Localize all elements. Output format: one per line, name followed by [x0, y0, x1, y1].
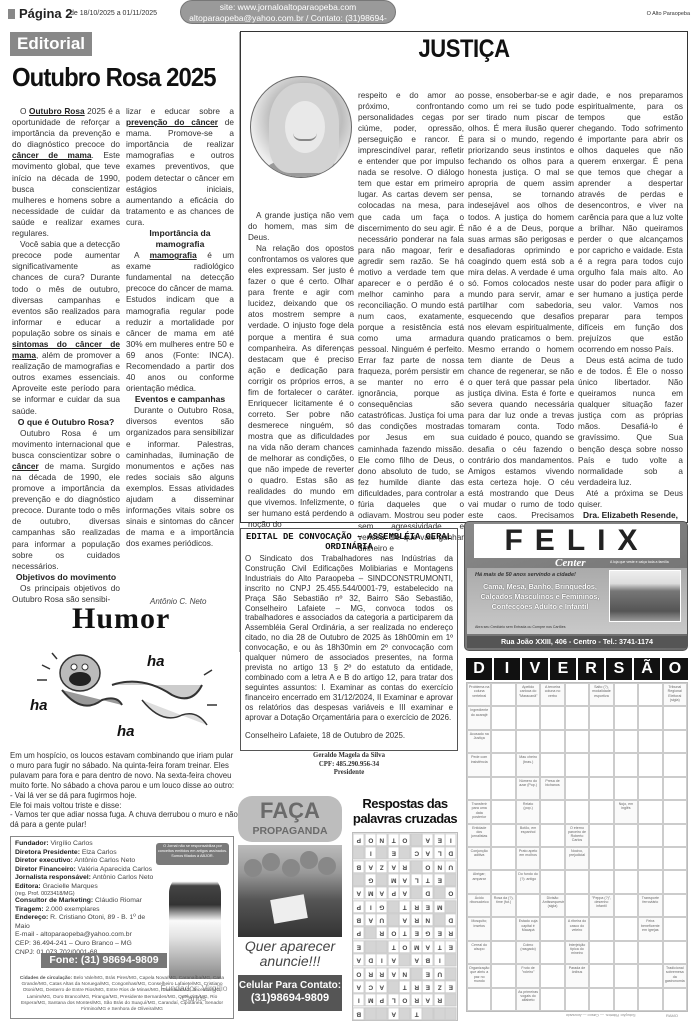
answer-input-cell[interactable] [565, 683, 589, 706]
site-link[interactable]: site: www.jornaloaltoparaopeba.com [181, 2, 395, 13]
answer-input-cell[interactable] [540, 988, 564, 1011]
answer-input-cell[interactable] [614, 706, 638, 729]
answer-cell: G [376, 900, 388, 913]
clue-cell: Conjunção aditiva [467, 847, 491, 870]
answer-input-cell[interactable] [638, 824, 662, 847]
answer-cell: P [376, 993, 388, 1006]
clue-cell: Nojo, em inglês [614, 800, 638, 823]
masthead-row: Consultor de Marketing: Cláudio Riomar [15, 897, 157, 906]
title-letter: R [578, 658, 604, 680]
edital-notice: EDITAL DE CONVOCAÇÃO – ASSEMBLÉIA GERAL … [240, 528, 458, 751]
clue-cell: Abrigar; amparar [467, 870, 491, 893]
answer-cell: U [376, 913, 388, 926]
answer-input-cell[interactable] [638, 941, 662, 964]
paragraph: A mamografia é um exame radiológico fund… [126, 250, 234, 394]
answer-cell: L [388, 993, 400, 1006]
answer-cell: A [353, 980, 365, 993]
answer-input-cell[interactable] [638, 753, 662, 776]
readers-photo [238, 845, 342, 937]
paragraph: Outubro Rosa é um movimento internaciona… [12, 428, 120, 572]
answer-input-cell[interactable] [614, 824, 638, 847]
masthead-box: Fundador: Virgílio Carlos Diretora Presi… [10, 836, 234, 1019]
answer-cell: G [365, 873, 377, 886]
answer-cell: I [365, 900, 377, 913]
advertise-banner: FAÇA PROPAGANDA [238, 796, 342, 842]
answer-input-cell[interactable] [516, 730, 540, 753]
answer-cell: M [411, 940, 423, 953]
answer-cell: A [376, 886, 388, 899]
joke-text: Em um hospício, os loucos estavam combin… [10, 751, 238, 830]
answer-cell: A [388, 860, 400, 873]
answer-input-cell[interactable] [491, 917, 515, 940]
answer-input-cell[interactable] [614, 683, 638, 706]
advertise-title: FAÇA [238, 796, 342, 824]
masthead-row: Tiragem: 2.000 exemplares [15, 906, 157, 915]
answer-input-cell[interactable] [491, 730, 515, 753]
clue-cell: Prato apelo em molhos [516, 847, 540, 870]
answer-cell: M [388, 873, 400, 886]
clue-cell: Salto (?), modalidade esportiva [589, 683, 613, 706]
answer-cell [353, 873, 365, 886]
answer-cell: E [353, 940, 365, 953]
answer-cell: A [422, 993, 434, 1006]
article-column-2: respeito e do amor ao próximo, confronta… [358, 90, 464, 554]
contact-label: Celular Para Contato: [238, 979, 342, 992]
clue-cell: Organização que abriu a paz no mundo [467, 964, 491, 987]
felix-ad-body: Há mais de 50 anos servindo a cidade! Ca… [467, 568, 687, 634]
answer-cell: A [365, 913, 377, 926]
diversao-title: D I V E R S Ã O [466, 658, 688, 680]
crossword-puzzle-grid[interactable]: Problema na coluna vertebralApelido cari… [466, 682, 688, 1012]
clue-cell: Presa de bichanos [540, 777, 564, 800]
laugh-text: ha [117, 723, 135, 740]
newspaper [270, 894, 308, 924]
answer-input-cell[interactable] [516, 894, 540, 917]
answer-cell [411, 886, 423, 899]
answer-input-cell[interactable] [491, 683, 515, 706]
felix-slogan: A loja que veste e calça toda a família [610, 560, 669, 564]
answer-input-cell[interactable] [638, 988, 662, 1011]
answer-cell: O [388, 926, 400, 939]
answer-input-cell[interactable] [491, 824, 515, 847]
answer-input-cell[interactable] [491, 706, 515, 729]
answer-input-cell[interactable] [638, 683, 662, 706]
answer-cell: R [399, 860, 411, 873]
laugh-text: ha [147, 653, 165, 670]
answer-cell: R [411, 900, 423, 913]
phone-banner[interactable]: Fone: (31) 98694-9809 [41, 953, 167, 968]
answer-cell: A [422, 940, 434, 953]
answer-input-cell[interactable] [491, 800, 515, 823]
answer-cell: B [353, 860, 365, 873]
clue-cell: Interjeição típica do mineiro [565, 941, 589, 964]
answer-cell: T [422, 873, 434, 886]
answer-cell [399, 1007, 411, 1020]
link[interactable]: Outubro Rosa [29, 106, 85, 116]
clue-cell: Ingrediente do acarajé [467, 706, 491, 729]
answer-cell: I [376, 953, 388, 966]
answer-cell: M [434, 900, 446, 913]
person [300, 851, 318, 869]
answer-input-cell[interactable] [565, 870, 589, 893]
clue-cell: A terceira coluna no verbo [540, 683, 564, 706]
link[interactable]: câncer de mama [12, 150, 92, 160]
answer-cell: E [388, 846, 400, 859]
answer-input-cell[interactable] [663, 706, 687, 729]
answer-input-cell[interactable] [614, 917, 638, 940]
subheading: Eventos e campanhas [126, 394, 234, 405]
answer-cell [434, 913, 446, 926]
clue-cell: Relato (pop.) [516, 800, 540, 823]
answer-input-cell[interactable] [589, 964, 613, 987]
clue-cell: O eterno parceiro de Roberto Carlos [565, 824, 589, 847]
answer-cell: D [365, 953, 377, 966]
answer-input-cell[interactable] [638, 870, 662, 893]
answer-input-cell[interactable] [589, 870, 613, 893]
clue-cell: As primeiras vogais do alfabeto [516, 988, 540, 1011]
answer-cell: T [399, 980, 411, 993]
answer-input-cell[interactable] [565, 706, 589, 729]
title-letter: D [466, 658, 492, 680]
answer-cell: A [376, 980, 388, 993]
puzzle-solution-hint: Solução: Ribeira. — Casco — Acusado [566, 1013, 636, 1018]
answer-input-cell[interactable] [565, 777, 589, 800]
answer-cell: E [445, 940, 457, 953]
clue-cell: Problema na coluna vertebral [467, 683, 491, 706]
title-letter: I [494, 658, 520, 680]
paragraph: Você sabia que a detecção precoce pode a… [12, 239, 120, 417]
answer-cell: N [434, 860, 446, 873]
answer-cell: E [422, 980, 434, 993]
title-letter: O [662, 658, 688, 680]
advertise-contact[interactable]: Celular Para Contato: (31)98694-9809 [238, 975, 342, 1011]
answer-input-cell[interactable] [638, 964, 662, 987]
answer-cell: N [422, 913, 434, 926]
answer-cell [365, 940, 377, 953]
answer-input-cell[interactable] [491, 941, 515, 964]
answer-input-cell[interactable] [491, 870, 515, 893]
answer-cell: E [434, 926, 446, 939]
edition-dates: de 18/10/2025 a 01/11/2025 [70, 10, 157, 17]
answer-input-cell[interactable] [589, 941, 613, 964]
answer-cell [445, 900, 457, 913]
felix-center-ad[interactable]: FELIX Center A loja que veste e calça to… [464, 521, 688, 651]
puzzle-brand: RAMO [666, 1013, 678, 1018]
answer-input-cell[interactable] [614, 941, 638, 964]
answer-cell: L [434, 846, 446, 859]
answer-cell: G [422, 926, 434, 939]
answer-input-cell[interactable] [589, 800, 613, 823]
answer-input-cell[interactable] [540, 847, 564, 870]
answer-input-cell[interactable] [491, 988, 515, 1011]
answer-input-cell[interactable] [540, 706, 564, 729]
clue-cell: A ribeira do casco do veleiro [565, 917, 589, 940]
clue-cell: Mosquito; insetos [467, 917, 491, 940]
clue-cell: Colmo (rasgado) [516, 941, 540, 964]
masthead-row: Diretor executivo: Antônio Carlos Neto [15, 857, 157, 866]
paragraph: posse, ensoberbar-se e agir como um rei … [468, 90, 574, 532]
answer-input-cell[interactable] [638, 777, 662, 800]
answer-cell: I [434, 953, 446, 966]
answer-input-cell[interactable] [540, 730, 564, 753]
link[interactable]: prevenção do câncer [126, 117, 218, 127]
answer-input-cell[interactable] [589, 706, 613, 729]
answer-cell [365, 926, 377, 939]
clue-cell: Mau cheiro (bras.) [516, 753, 540, 776]
answer-cell: P [353, 833, 365, 846]
answer-cell: A [388, 953, 400, 966]
title-letter: V [522, 658, 548, 680]
subheading: Importância da mamografia [126, 228, 234, 250]
answer-cell: T [434, 940, 446, 953]
humor-title: Humor [72, 602, 170, 636]
clue-cell: Transferir para uma data posterior [467, 800, 491, 823]
answer-input-cell[interactable] [540, 870, 564, 893]
answer-cell [376, 1007, 388, 1020]
answer-input-cell[interactable] [540, 917, 564, 940]
signer-name: Geraldo Magela da Silva [245, 752, 453, 761]
answer-cell [434, 886, 446, 899]
clue-cell: Do fundo do (?): antigo [516, 870, 540, 893]
clue-cell: Acusado na Justiça [467, 730, 491, 753]
answer-input-cell[interactable] [663, 941, 687, 964]
answer-input-cell[interactable] [614, 988, 638, 1011]
answer-input-cell[interactable] [540, 964, 564, 987]
answer-input-cell[interactable] [663, 847, 687, 870]
person [244, 859, 262, 877]
answer-input-cell[interactable] [589, 730, 613, 753]
answer-cell [434, 1007, 446, 1020]
answer-cell: A [422, 846, 434, 859]
answer-input-cell[interactable] [663, 753, 687, 776]
link[interactable]: mamografia [150, 250, 197, 260]
answer-cell: B [422, 953, 434, 966]
answer-input-cell[interactable] [614, 847, 638, 870]
answer-cell: R [411, 980, 423, 993]
answer-input-cell[interactable] [663, 894, 687, 917]
advertise-promo: FAÇA PROPAGANDA Quer aparecer anuncie!!!… [238, 796, 342, 1020]
answer-cell: E [434, 833, 446, 846]
paragraph: A grande justiça não vem do homem, mas s… [248, 210, 354, 243]
felix-address: Rua João XXIII, 406 - Centro - Tel.: 374… [467, 636, 687, 648]
paragraph: O Outubro Rosa 2025 é a oportunidade de … [12, 106, 120, 239]
paragraph: lizar e educar sobre a prevenção do cânc… [126, 106, 234, 228]
answer-input-cell[interactable] [516, 706, 540, 729]
answer-cell: E [422, 900, 434, 913]
answer-cell: U [445, 860, 457, 873]
answer-cell: A [399, 873, 411, 886]
article-column-3: posse, ensoberbar-se e agir como um rei … [468, 90, 574, 532]
masthead-row: Diretora Presidente: Elza Carlos [15, 849, 157, 858]
answer-input-cell[interactable] [663, 870, 687, 893]
answer-cell: N [376, 833, 388, 846]
subheading: O que é Outubro Rosa? [12, 417, 120, 428]
answer-cell [445, 967, 457, 980]
answer-input-cell[interactable] [540, 800, 564, 823]
joke-line: - Vamos ter que adiar nossa fuga. A chuv… [10, 810, 238, 830]
answer-input-cell[interactable] [589, 847, 613, 870]
clue-cell: Divisão Antissequestro (sigla) [540, 894, 564, 917]
answer-cell: T [399, 926, 411, 939]
clue-cell: Feira beneficente em igrejas [638, 917, 662, 940]
answer-cell: R [411, 913, 423, 926]
answer-cell [376, 940, 388, 953]
page-number: Página 2 [8, 6, 72, 21]
signer-cpf: CPF: 485.290.956-34 [245, 761, 453, 770]
answer-input-cell[interactable] [614, 730, 638, 753]
article-title: JUSTIÇA [268, 35, 660, 64]
crossword-answers-title: Respostas das palavras cruzadas [350, 796, 460, 826]
answer-input-cell[interactable] [467, 988, 491, 1011]
answer-input-cell[interactable] [638, 706, 662, 729]
answer-input-cell[interactable] [565, 730, 589, 753]
answer-cell [388, 913, 400, 926]
paragraph: Deus está acima de tudo e de todos. É El… [578, 355, 683, 488]
answer-cell: R [445, 926, 457, 939]
answer-cell: T [399, 900, 411, 913]
answer-input-cell[interactable] [540, 753, 564, 776]
felix-credit: Abra seu Crediário sem Entrada ou Compre… [475, 625, 566, 629]
clue-cell: Apelido carioca do "Maracanã" [516, 683, 540, 706]
article-column-1: A grande justiça não vem do homem, mas s… [248, 210, 354, 530]
masthead-row: Endereço: R. Cristiano Otoni, 89 - B. 1º… [15, 914, 157, 931]
joke-line: Ele foi mais voltou triste e disse: [10, 801, 238, 811]
answer-input-cell[interactable] [589, 753, 613, 776]
answer-input-cell[interactable] [540, 941, 564, 964]
answer-cell: A [353, 953, 365, 966]
answer-cell [422, 1007, 434, 1020]
answer-cell: O [422, 860, 434, 873]
answer-cell: A [388, 1007, 400, 1020]
answer-cell: R [411, 993, 423, 1006]
answer-input-cell[interactable] [565, 988, 589, 1011]
answer-input-cell[interactable] [614, 964, 638, 987]
answer-input-cell[interactable] [638, 800, 662, 823]
answer-input-cell[interactable] [491, 847, 515, 870]
answer-input-cell[interactable] [540, 824, 564, 847]
masthead-email[interactable]: E-mail - altoparaopeba@yahoo.com.br [15, 931, 157, 940]
answer-cell: A [388, 967, 400, 980]
answer-input-cell[interactable] [663, 800, 687, 823]
answer-input-cell[interactable] [565, 800, 589, 823]
answer-cell: B [353, 1007, 365, 1020]
notice-body: O Sindicato dos Trabalhadores nas Indúst… [245, 554, 453, 722]
answer-cell: D [445, 846, 457, 859]
link[interactable]: câncer [12, 461, 39, 471]
answer-cell: Z [434, 980, 446, 993]
answer-cell [376, 846, 388, 859]
answer-cell [445, 993, 457, 1006]
answer-input-cell[interactable] [638, 847, 662, 870]
signer-role: Presidente [245, 769, 453, 778]
answer-cell: O [399, 940, 411, 953]
answer-input-cell[interactable] [614, 753, 638, 776]
answer-input-cell[interactable] [614, 894, 638, 917]
answer-input-cell[interactable] [491, 777, 515, 800]
answer-input-cell[interactable] [589, 777, 613, 800]
answer-cell: O [365, 833, 377, 846]
answer-input-cell[interactable] [663, 730, 687, 753]
page-label: Página 2 [19, 6, 72, 21]
answer-input-cell[interactable] [491, 753, 515, 776]
answer-input-cell[interactable] [614, 777, 638, 800]
answer-cell: R [434, 993, 446, 1006]
editorial-body: O Outubro Rosa 2025 é a oportunidade de … [12, 106, 234, 601]
store-photo [609, 570, 681, 622]
answer-cell: E [434, 873, 446, 886]
answer-input-cell[interactable] [663, 824, 687, 847]
answer-cell: P [353, 900, 365, 913]
answer-cell: A [399, 913, 411, 926]
page-marker-icon [8, 9, 15, 19]
answer-input-cell[interactable] [589, 917, 613, 940]
answer-cell: A [353, 886, 365, 899]
paragraph: Na relação dos opostos confrontamos os v… [248, 243, 354, 530]
answer-cell [411, 833, 423, 846]
answer-input-cell[interactable] [663, 917, 687, 940]
editorial-column-2: lizar e educar sobre a prevenção do cânc… [126, 106, 234, 601]
answer-cell: P [353, 926, 365, 939]
clue-cell: Estado cuja capital é Macapá [516, 917, 540, 940]
answer-cell [445, 953, 457, 966]
answer-cell: M [365, 993, 377, 1006]
clue-cell: Botõo, em espanhol [516, 824, 540, 847]
article-column-4: dade, e nos preparamos espiritualmente, … [578, 90, 683, 532]
answer-input-cell[interactable] [565, 894, 589, 917]
answer-input-cell[interactable] [663, 988, 687, 1011]
answer-cell: O [353, 967, 365, 980]
answer-cell: T [388, 940, 400, 953]
person [262, 853, 280, 871]
answer-input-cell[interactable] [663, 777, 687, 800]
clue-cell: Número do azar (Pop.) [516, 777, 540, 800]
masthead-row: Jornalista responsável: Antônio Carlos N… [15, 874, 157, 883]
disclaimer-note: O Jornal não se responsabiliza por conce… [156, 843, 229, 865]
clue-cell: Ácido ribonucleico [467, 894, 491, 917]
answer-input-cell[interactable] [467, 777, 491, 800]
editorial-column-1: O Outubro Rosa 2025 é a oportunidade de … [12, 106, 120, 601]
notice-location-date: Conselheiro Lafaiete, 18 de Outubro de 2… [245, 731, 453, 740]
contact-banner: site: www.jornaloaltoparaopeba.com altop… [180, 0, 396, 24]
answer-cell: P [388, 886, 400, 899]
joke-line: Em um hospício, os loucos estavam combin… [10, 751, 238, 791]
answer-input-cell[interactable] [638, 730, 662, 753]
answer-input-cell[interactable] [614, 870, 638, 893]
answer-cell: L [411, 873, 423, 886]
answer-cell [445, 1007, 457, 1020]
clue-cell: Transporte ferroviário [638, 894, 662, 917]
answer-cell: E [411, 926, 423, 939]
answer-cell: A [411, 953, 423, 966]
answer-input-cell[interactable] [565, 753, 589, 776]
answer-cell [353, 846, 365, 859]
answer-cell: E [422, 967, 434, 980]
masthead-row: CEP: 36.494-241 – Ouro Branco – MG [15, 940, 157, 949]
answer-cell [445, 873, 457, 886]
masthead-info: Fundador: Virgílio Carlos Diretora Presi… [15, 840, 157, 957]
contact-phone: (31)98694-9809 [238, 992, 342, 1005]
title-letter: S [606, 658, 632, 680]
answer-cell: A [399, 886, 411, 899]
felix-logo: FELIX [474, 524, 680, 558]
answer-input-cell[interactable] [589, 988, 613, 1011]
answer-cell: Z [376, 860, 388, 873]
answer-input-cell[interactable] [491, 964, 515, 987]
masthead-row: Editora: Gracielle Marques [15, 883, 157, 892]
paragraph: Durante o Outubro Rosa, diversos eventos… [126, 405, 234, 549]
answer-input-cell[interactable] [589, 824, 613, 847]
title-letter: E [550, 658, 576, 680]
